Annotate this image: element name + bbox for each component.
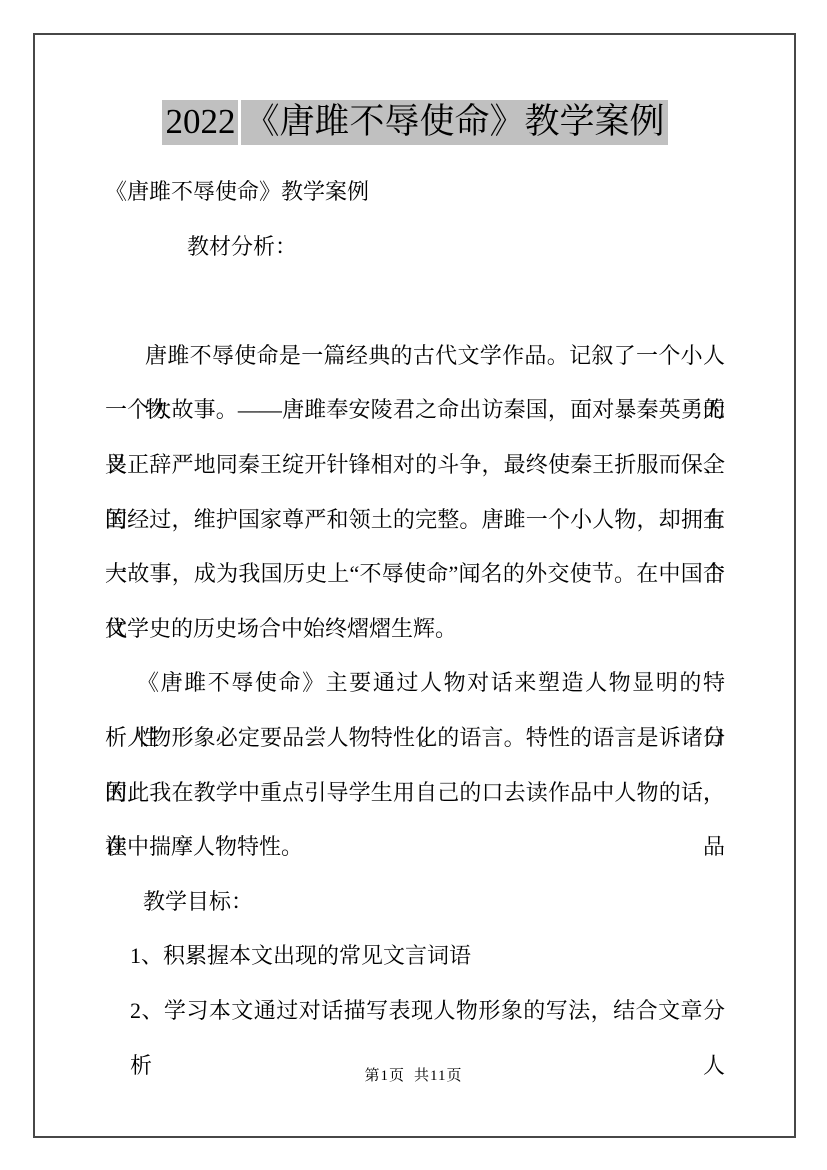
text-line: 的经过，维护国家尊严和领土的完整。唐雎一个小人物，却拥有一个 <box>105 493 725 548</box>
document-content: 2022《唐雎不辱使命》教学案例 《唐雎不辱使命》教学案例 教材分析： 唐雎不辱… <box>105 0 725 1039</box>
document-title: 2022《唐雎不辱使命》教学案例 <box>105 100 725 144</box>
footer-current-page: 第1页 <box>365 1068 406 1084</box>
title-text-highlight: 《唐雎不辱使命》教学案例 <box>241 100 667 145</box>
text-line: 一个大故事。——唐雎奉安陵君之命出访秦国，面对暴秦英勇无畏、 <box>105 383 725 438</box>
text-line: 唐雎不辱使命是一篇经典的古代文学作品。记叙了一个小人物的 <box>105 329 725 384</box>
text-line: 因此我在教学中重点引导学生用自己的口去读作品中人物的话，在品 <box>105 766 725 821</box>
text-line: 《唐雎不辱使命》主要通过人物对话来塑造人物显明的特性。分 <box>105 656 725 711</box>
document-body: 《唐雎不辱使命》教学案例 教材分析： 唐雎不辱使命是一篇经典的古代文学作品。记叙… <box>105 165 725 1039</box>
text-line: 1、积累握本文出现的常见文言词语 <box>105 929 725 984</box>
document-page: 2022《唐雎不辱使命》教学案例 《唐雎不辱使命》教学案例 教材分析： 唐雎不辱… <box>0 0 827 1170</box>
text-line: 教学目标： <box>105 875 725 930</box>
text-line: 《唐雎不辱使命》教学案例 <box>105 165 725 220</box>
title-year-highlight: 2022 <box>162 100 238 145</box>
text-line: 义正辞严地同秦王绽开针锋相对的斗争，最终使秦王折服而保全国土 <box>105 438 725 493</box>
text-line: 教材分析： <box>105 220 725 275</box>
text-line: 析人物形象必定要品尝人物特性化的语言。特性的语言是诉诸口的， <box>105 711 725 766</box>
blank-line <box>105 274 725 329</box>
page-footer: 第1页共11页 <box>0 1064 827 1085</box>
text-line: 文学史的历史场合中始终熠熠生辉。 <box>105 602 725 657</box>
text-line: 2、学习本文通过对话描写表现人物形象的写法，结合文章分析人 <box>105 984 725 1039</box>
footer-total-pages: 共11页 <box>414 1068 462 1084</box>
text-line: 大故事，成为我国历史上“不辱使命”闻名的外交使节。在中国古代 <box>105 547 725 602</box>
